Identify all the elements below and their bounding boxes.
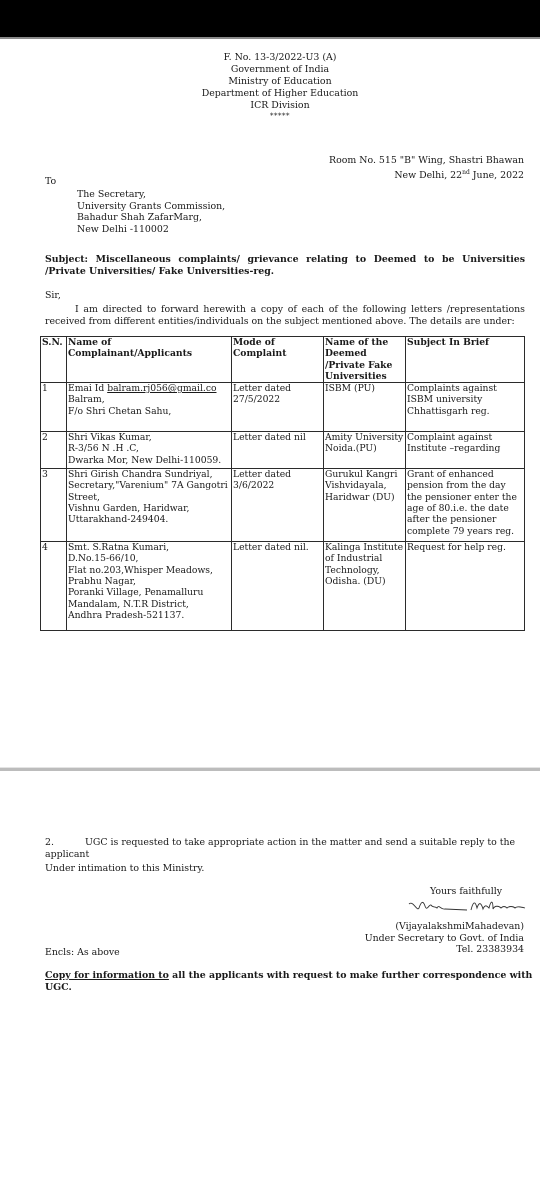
signatory-block: (VijayalakshmiMahadevan) Under Secretary… xyxy=(365,921,524,956)
document-page-2: 2.UGC is requested to take appropriate a… xyxy=(0,771,540,1200)
header-sn: S.N. xyxy=(41,337,67,383)
paragraph-number: 2. xyxy=(45,837,85,849)
addressee-block: The Secretary, University Grants Commiss… xyxy=(77,189,225,235)
table-header-row: S.N. Name of Complainant/Applicants Mode… xyxy=(41,337,525,383)
addressee-line: New Delhi -110002 xyxy=(77,224,225,236)
room-number: Room No. 515 "B" Wing, Shastri Bhawan xyxy=(329,155,524,167)
cell-university: Kalinga Institute of Industrial Technolo… xyxy=(324,542,406,631)
cell-complainant: Shri Vikas Kumar, R-3/56 N .H .C, Dwarka… xyxy=(67,432,232,469)
name-line: Andhra Pradesh-521137. xyxy=(68,610,230,621)
name-line: Vishnu Garden, Haridwar, xyxy=(68,503,230,514)
paragraph-2-text: UGC is requested to take appropriate act… xyxy=(45,837,515,860)
cell-complainant: Emai Id balram.rj056@gmail.co Balram, F/… xyxy=(67,383,232,432)
office-address: Room No. 515 "B" Wing, Shastri Bhawan Ne… xyxy=(329,155,524,182)
email-link[interactable]: balram.rj056@gmail.co xyxy=(107,383,216,394)
table-row: 3 Shri Girish Chandra Sundriyal, Secreta… xyxy=(41,469,525,542)
cell-sn: 3 xyxy=(41,469,67,542)
separator-stars: ***** xyxy=(160,112,400,120)
cell-subject: Request for help reg. xyxy=(406,542,525,631)
date-suffix: nd xyxy=(462,169,470,176)
cell-mode: Letter dated 3/6/2022 xyxy=(232,469,324,542)
email-line: Emai Id balram.rj056@gmail.co xyxy=(68,383,230,394)
intro-paragraph: I am directed to forward herewith a copy… xyxy=(45,304,525,327)
addressee-line: Bahadur Shah ZafarMarg, xyxy=(77,212,225,224)
name-line: D.No.15-66/10, xyxy=(68,553,230,564)
copy-to-line: Copy for information to all the applican… xyxy=(45,970,540,994)
ministry-name: Ministry of Education xyxy=(160,76,400,88)
cell-subject: Grant of enhanced pension from the day t… xyxy=(406,469,525,542)
cell-complainant: Shri Girish Chandra Sundriyal, Secretary… xyxy=(67,469,232,542)
document-page-1: F. No. 13-3/2022-U3 (A) Government of In… xyxy=(0,39,540,767)
header-subject: Subject In Brief xyxy=(406,337,525,383)
name-line: Uttarakhand-249404. xyxy=(68,514,230,525)
header-complainant: Name of Complainant/Applicants xyxy=(67,337,232,383)
name-line: Prabhu Nagar, xyxy=(68,576,230,587)
cell-sn: 4 xyxy=(41,542,67,631)
cell-sn: 1 xyxy=(41,383,67,432)
header-university: Name of the Deemed /Private Fake Univers… xyxy=(324,337,406,383)
salutation: Sir, xyxy=(45,290,61,302)
name-line: Mandalam, N.T.R District, xyxy=(68,599,230,610)
paragraph-2: 2.UGC is requested to take appropriate a… xyxy=(45,837,535,861)
letterhead: F. No. 13-3/2022-U3 (A) Government of In… xyxy=(160,52,400,120)
cell-mode: Letter dated nil. xyxy=(232,542,324,631)
date-month-year: June, 2022 xyxy=(470,170,524,181)
government-name: Government of India xyxy=(160,64,400,76)
name-line: Shri Girish Chandra Sundriyal, xyxy=(68,469,230,480)
complaints-table: S.N. Name of Complainant/Applicants Mode… xyxy=(40,336,525,631)
file-number: F. No. 13-3/2022-U3 (A) xyxy=(160,52,400,64)
email-prefix: Emai Id xyxy=(68,383,107,394)
cell-university: ISBM (PU) xyxy=(324,383,406,432)
table-row: 2 Shri Vikas Kumar, R-3/56 N .H .C, Dwar… xyxy=(41,432,525,469)
name-line: Dwarka Mor, New Delhi-110059. xyxy=(68,455,230,466)
intro-text: I am directed to forward herewith a copy… xyxy=(45,304,525,327)
division-name: ICR Division xyxy=(160,100,400,112)
signature-icon xyxy=(405,896,535,918)
enclosures: Encls: As above xyxy=(45,947,120,959)
cell-subject: Complaints against ISBM university Chhat… xyxy=(406,383,525,432)
name-line: F/o Shri Chetan Sahu, xyxy=(68,406,230,417)
cell-university: Gurukul Kangri Vishvidayala, Haridwar (D… xyxy=(324,469,406,542)
name-line: Balram, xyxy=(68,394,230,405)
name-line: Smt. S.Ratna Kumari, xyxy=(68,542,230,553)
cell-complainant: Smt. S.Ratna Kumari, D.No.15-66/10, Flat… xyxy=(67,542,232,631)
name-line: Secretary,"Varenium" 7A Gangotri xyxy=(68,480,230,491)
letter-date: New Delhi, 22nd June, 2022 xyxy=(329,167,524,182)
name-line: Shri Vikas Kumar, xyxy=(68,432,230,443)
signatory-title: Under Secretary to Govt. of India xyxy=(365,933,524,945)
cell-mode: Letter dated nil xyxy=(232,432,324,469)
table-row: 1 Emai Id balram.rj056@gmail.co Balram, … xyxy=(41,383,525,432)
header-mode: Mode of Complaint xyxy=(232,337,324,383)
addressee-line: The Secretary, xyxy=(77,189,225,201)
department-name: Department of Higher Education xyxy=(160,88,400,100)
copy-to-label: Copy for information to xyxy=(45,970,169,981)
cell-university: Amity University Noida.(PU) xyxy=(324,432,406,469)
paragraph-2-continuation: Under intimation to this Ministry. xyxy=(45,863,204,875)
subject-line: Subject: Miscellaneous complaints/ griev… xyxy=(45,254,525,277)
to-label: To xyxy=(45,176,56,188)
signatory-telephone: Tel. 23383934 xyxy=(365,944,524,956)
cell-subject: Complaint against Institute –regarding xyxy=(406,432,525,469)
addressee-line: University Grants Commission, xyxy=(77,201,225,213)
cell-sn: 2 xyxy=(41,432,67,469)
viewer-top-bar xyxy=(0,0,540,37)
cell-mode: Letter dated 27/5/2022 xyxy=(232,383,324,432)
signatory-name: (VijayalakshmiMahadevan) xyxy=(365,921,524,933)
name-line: Poranki Village, Penamalluru xyxy=(68,587,230,598)
name-line: Flat no.203,Whisper Meadows, xyxy=(68,565,230,576)
table-row: 4 Smt. S.Ratna Kumari, D.No.15-66/10, Fl… xyxy=(41,542,525,631)
date-place: New Delhi, 22 xyxy=(394,170,462,181)
name-line: R-3/56 N .H .C, xyxy=(68,443,230,454)
name-line: Street, xyxy=(68,492,230,503)
